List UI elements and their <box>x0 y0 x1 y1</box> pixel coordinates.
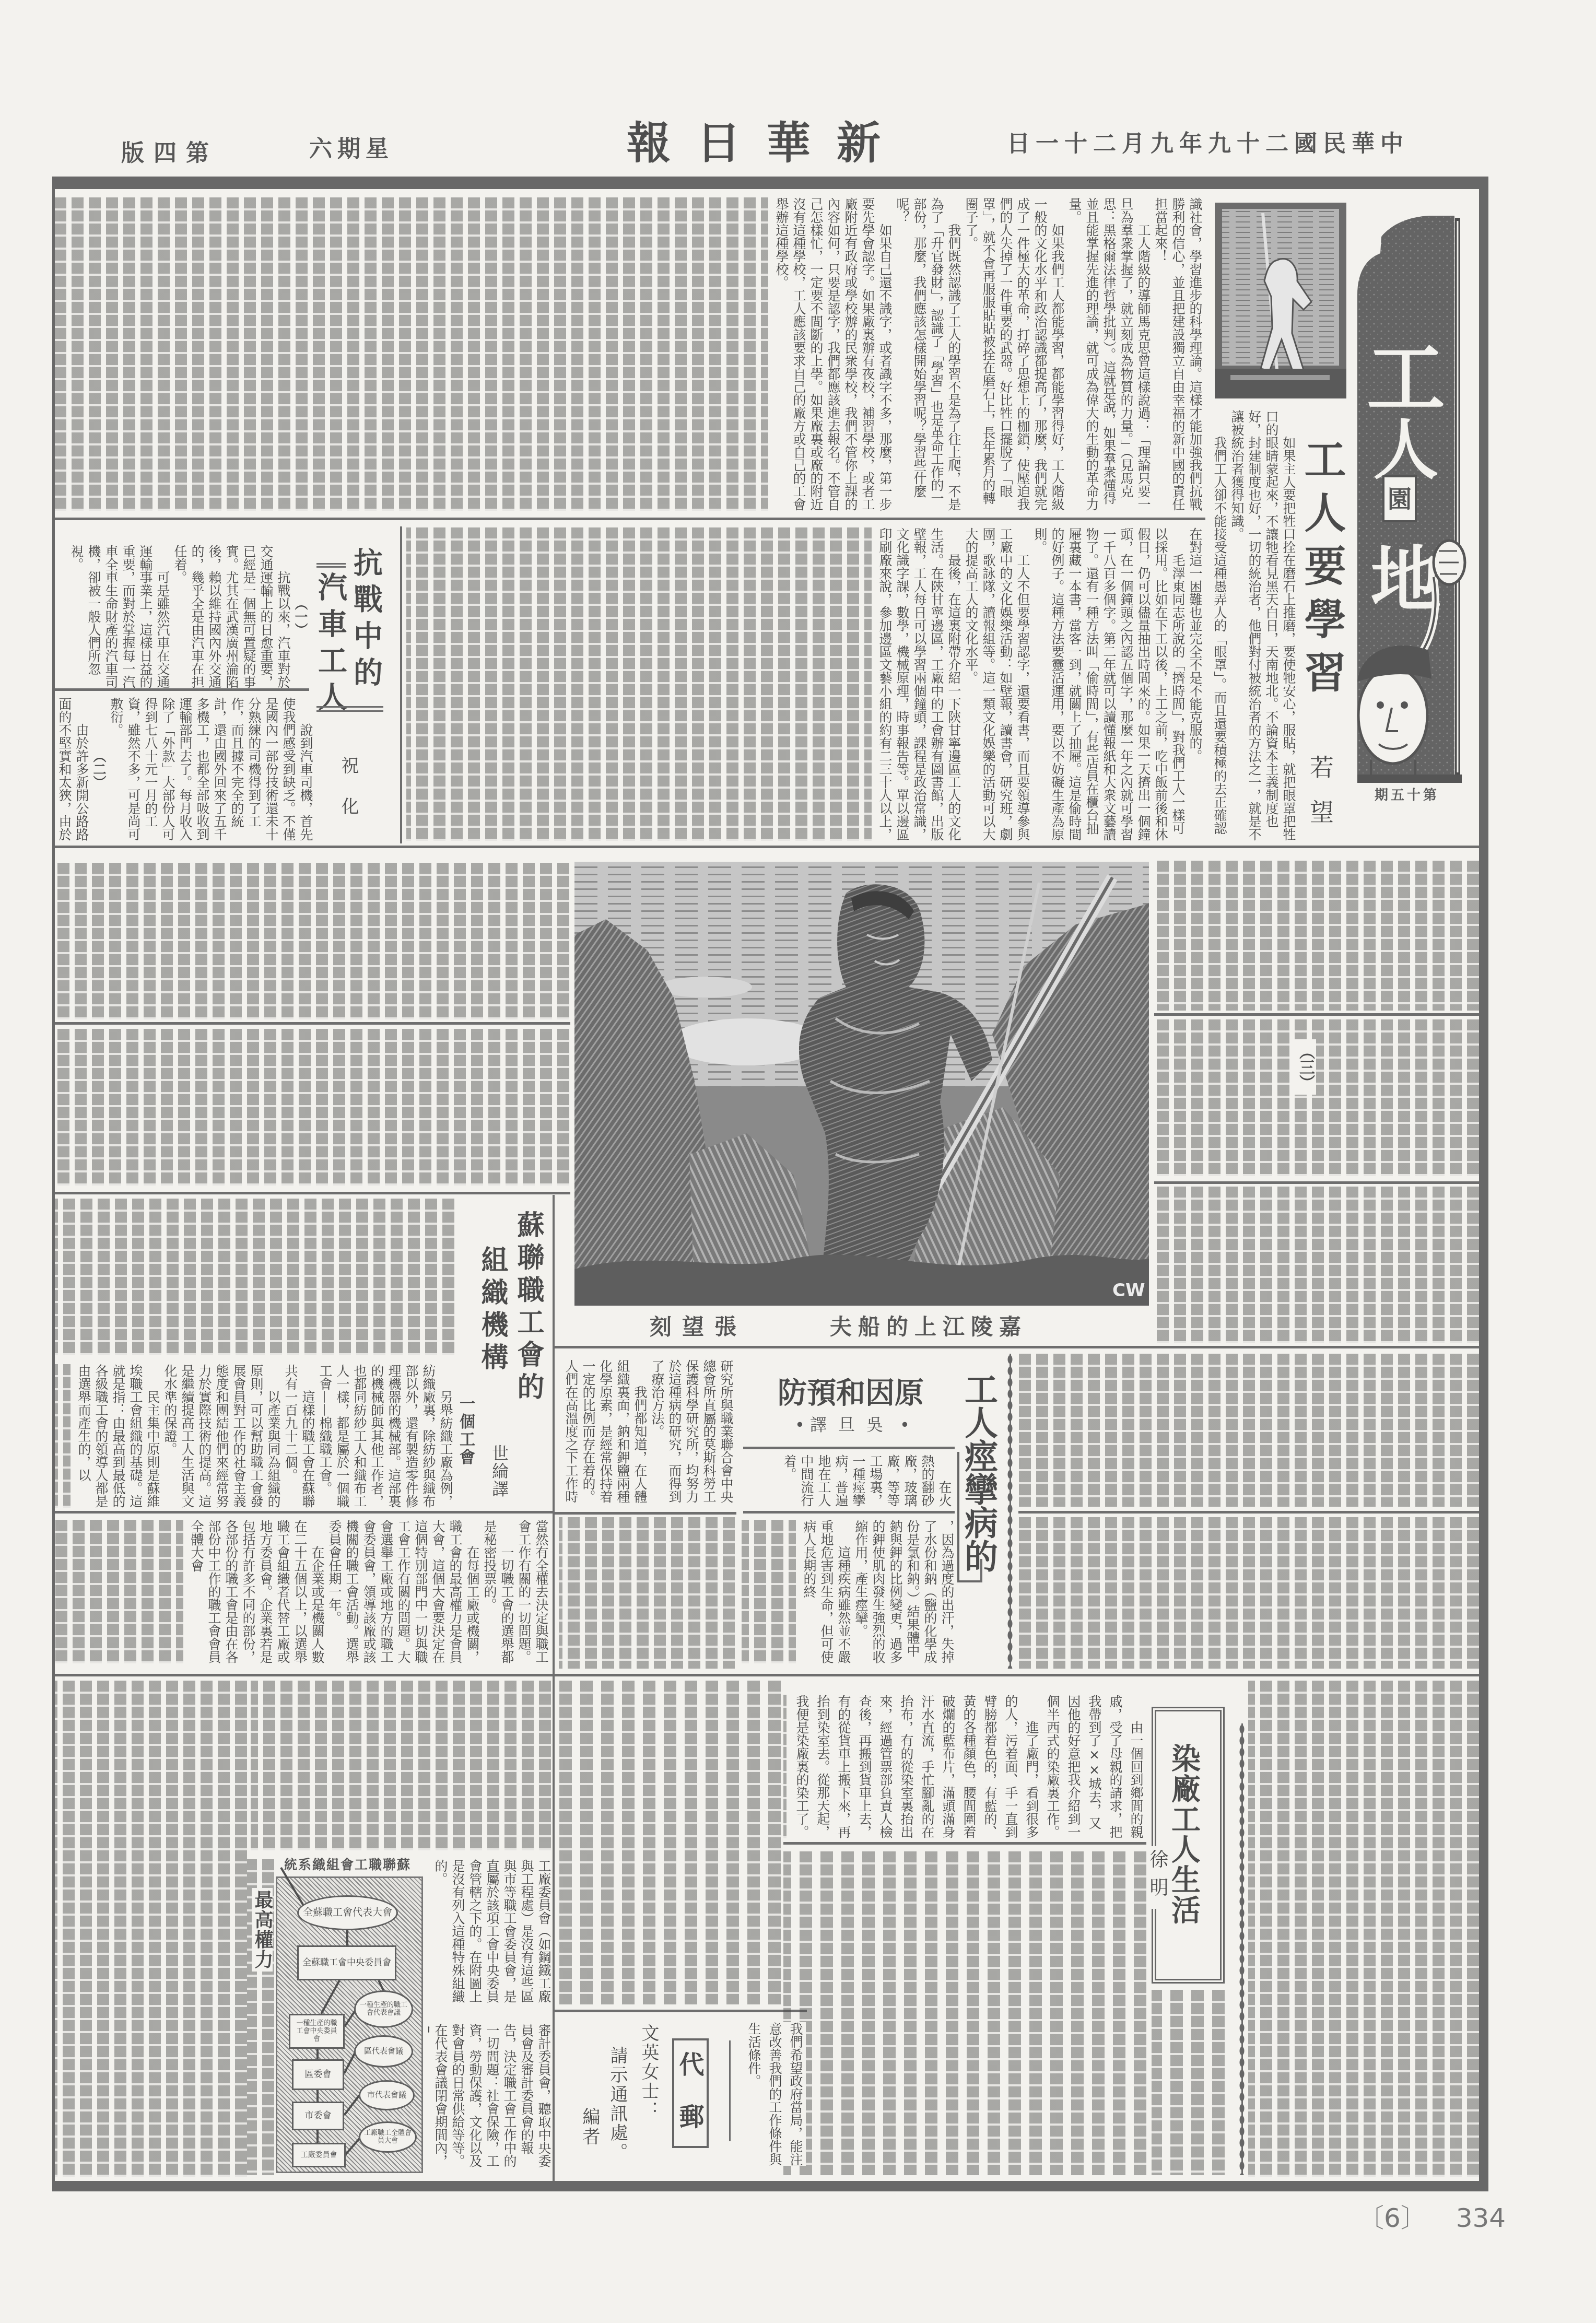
divider <box>55 518 1205 520</box>
text-columns: 研究所與職業聯合會中央總會所直屬的莫斯科勞工保護科學研究所，均努力於這種病的研究… <box>559 1359 735 1503</box>
text-columns: 由一個回到鄉間的親戚，受了母親的請求，把我帶到了××城去，又因他的好意把我介紹到… <box>787 1695 1146 1838</box>
article-title-dye: 染廠工人生活 <box>1169 1743 1198 1925</box>
article-author-drivers: 祝化 <box>339 756 357 838</box>
divider <box>55 1674 1479 1676</box>
drivers-section1: （一） 抗戰以來，汽車對於交通運輸上的日愈重要，已經是一個無可置疑的事實。尤其在… <box>55 545 309 688</box>
frame-bottom-bar <box>52 2181 1488 2191</box>
divider <box>555 2010 807 2012</box>
cramps-part1: 研究所與職業聯合會中央總會所直屬的莫斯科勞工保護科學研究所，均努力於這種病的研究… <box>559 1359 735 1503</box>
text-columns: 我們希望政府當局，能注意改善我們的工作條件與生活條件。 <box>741 2022 806 2166</box>
drivers-continued-right-3 <box>1156 1187 1479 1343</box>
illegible-print <box>55 1681 247 2177</box>
text-columns: 如果主人要把牲口拴在磨石上推磨，要使牠安心，服貼，就把眼罩把牲口的眼睛蒙起來，不… <box>1210 410 1297 841</box>
volume-number: 〔6〕 <box>1358 2203 1427 2233</box>
paragraph: 一切職工會的選舉都是秘密投票的。 <box>481 1520 515 1663</box>
org-node: 工廠職工全體會員大會 <box>359 2121 417 2153</box>
learning-body-part2: 在對這一困難也並完全不是不能克服的。 毛澤東同志所說的「擠時間」，對我們工人一樣… <box>406 527 1204 841</box>
mailbox-rule <box>729 2040 731 2141</box>
learning-intro-text: 如果主人要把牲口拴在磨石上推磨，要使牠安心，服貼，就把眼罩把牲口的眼睛蒙起來，不… <box>1210 410 1297 841</box>
paragraph: 以產業與同為組織的原則，可以幫助職工會發展會員對工作的社會主義態度和團結他們來經… <box>161 1364 282 1508</box>
org-node: 工廠委員會 <box>292 2143 346 2167</box>
title-rule <box>316 710 383 712</box>
soviet-unions-text-b: 另舉紡織工廠為例，紡織廠裏，除紡紗與織布部以外，還有製造零件修理機器的機械部。這… <box>55 1364 454 1508</box>
drivers-continued-right-2 <box>1156 1019 1479 1176</box>
article-title-drivers-line2: 汽車工人 <box>315 572 345 718</box>
weekday-label: 星期六 <box>309 138 394 161</box>
dye-part3 <box>558 1681 781 2004</box>
illegible-print <box>1248 1681 1479 2177</box>
section-label: （二） <box>90 697 108 841</box>
text-columns: ，因為過度的出汗，失掉了水份和鈉（鹽的化學成份是氯和鈉。）結果體中鈉與鉀的比例變… <box>796 1520 956 1663</box>
illegible-print <box>55 1199 454 1355</box>
text-columns: 另舉紡織工廠為例，紡織廠裏，除紡紗與織布部以外，還有製造零件修理機器的機械部。這… <box>71 1364 454 1508</box>
article-translator-soviet: 世綸譯 <box>491 1445 508 1498</box>
soviet-unions-side-note: 工廠委員會（如鋼鐵工廠與工程處）是沒有這些區與市等職工會委員會，是直屬於該項工會… <box>428 1859 553 2003</box>
paragraph: ，因為過度的出汗，失掉了水份和鈉（鹽的化學成份是氯和鈉。）結果體中鈉與鉀的比例變… <box>852 1520 956 1663</box>
illegible-print <box>1018 1517 1479 1669</box>
issue-date: 中華民國二十九年九月二十一日 <box>1007 133 1409 156</box>
woodcut-boatman-illustration: CW <box>574 862 1149 1306</box>
cramps-ending <box>1248 1681 1479 2177</box>
article-title-drivers-line1: 抗戰中的 <box>351 547 380 694</box>
article-title-learning: 工人要學習 <box>1300 438 1342 704</box>
illegible-print <box>55 863 569 1019</box>
illegible-print <box>1152 1990 1225 2175</box>
org-node: 全蘇職工會代表大會 <box>297 1895 398 1930</box>
org-node: 市代表會議 <box>359 2080 415 2110</box>
soviet-unions-text-c: 當然有全權去決定與職工會工作有關的一切問題。 一切職工會的選舉都是秘密投票的。 … <box>55 1520 550 1663</box>
divider <box>55 1192 570 1194</box>
edition-label: 第四版 <box>121 142 218 165</box>
title-rule <box>316 566 346 568</box>
divider <box>55 688 309 691</box>
article-author-dye: 徐明 <box>1147 1846 1168 1909</box>
divider <box>783 1842 1146 1845</box>
dotted-column-rule <box>1007 1354 1013 1669</box>
paragraph: 工人不但要學習認字，還要看書，而且要領導參與工廠中的文化娛樂活動：如壁報，讀書會… <box>963 527 1031 841</box>
paragraph: 審計委員會，聽取中央委員會及審計委員會的報告，決定職工會工作中的一切問題：社會保… <box>428 2024 553 2167</box>
illegible-print <box>783 1851 1146 2175</box>
woodcut-signature: CW <box>1112 1280 1145 1301</box>
text-columns: 工廠委員會（如鋼鐵工廠與工程處）是沒有這些區與市等職工會委員會，是直屬於該項工會… <box>428 1859 553 2003</box>
org-node: 區代表會議 <box>354 2035 413 2068</box>
dye-closing: 我們希望政府當局，能注意改善我們的工作條件與生活條件。 <box>741 2022 806 2166</box>
paragraph: 如果主人要把牲口拴在磨石上推磨，要使牠安心，服貼，就把眼罩把牲口的眼睛蒙起來，不… <box>1228 410 1297 841</box>
supplement-masthead: 工 人 園 地 <box>1350 212 1468 786</box>
article-title-soviet-line1: 蘇聯職工會的 <box>514 1211 542 1405</box>
divider <box>55 846 1479 848</box>
illegible-print <box>558 1681 781 2004</box>
paragraph: 識社會，學習進步的科學理論。這樣才能加強我們抗戰勝利的信心，並且把建設獨立自由幸… <box>1152 197 1204 511</box>
paragraph: 在火熱的翻砂廠，玻璃廠，等等工場裏，一種痙攣病，普遍地在工人中間流行着。 <box>781 1454 953 1507</box>
dotted-column-rule <box>1239 1723 1245 2175</box>
org-node: 市委會 <box>292 2102 344 2130</box>
text-columns: （一） 抗戰以來，汽車對於交通運輸上的日愈重要，已經是一個無可置疑的事實。尤其在… <box>63 545 309 688</box>
article-author-learning: 若望 <box>1308 755 1332 844</box>
soviet-unions-text-a <box>55 1199 454 1355</box>
soviet-unions-side-note-2: 審計委員會，聽取中央委員會及審計委員會的報告，決定職工會工作中的一切問題：社會保… <box>428 2024 553 2167</box>
translator-name: 吳旦譯 <box>805 1415 900 1435</box>
paragraph: 由一個回到鄉間的親戚，受了母親的請求，把我帶到了××城去，又因他的好意把我介紹到… <box>1042 1695 1146 1838</box>
mailbox-signature: 編者 <box>581 2107 598 2147</box>
frame-top-bar <box>52 177 1488 189</box>
paragraph: 我們希望政府當局，能注意改善我們的工作條件與生活條件。 <box>743 2022 806 2166</box>
drivers-section1-continued: 說到汽車司機，首先使我們感受到缺乏。不僅是國內一部份技術還未十分熟練的司機得到了… <box>55 697 314 841</box>
paragraph: 進了廠門，看到很多的人，污着面、手一直到臂膀都着色的，有藍的、黃的各種顏色，腰間… <box>791 1695 1042 1838</box>
divider <box>1154 1181 1479 1184</box>
divider <box>743 1511 955 1514</box>
paragraph: 當然有全權去決定與職工會工作有關的一切問題。 <box>515 1520 550 1663</box>
cramps-lead: 在火熱的翻砂廠，玻璃廠，等等工場裏，一種痙攣病，普遍地在工人中間流行着。 <box>744 1454 953 1507</box>
paragraph: 工人階級的導師馬克思曾這樣說過：「理論只要一旦為羣衆掌握了，就立刻成為物質的力量… <box>1066 197 1152 511</box>
paragraph: 工廠委員會（如鋼鐵工廠與工程處）是沒有這些區與市等職工會委員會，是直屬於該項工會… <box>432 1859 553 2003</box>
woodcut-caption: 嘉陵江上的船夫 <box>830 1316 1027 1338</box>
paragraph: 如果自己還不識字，或者識字不多，那麼，第一步要先學會認字。如果廠裏辦有夜校，補習… <box>773 197 894 511</box>
mailbox-message: 請示通訊處。 <box>608 2046 626 2162</box>
org-node: 全蘇職工會中央委員會 <box>297 1945 396 1980</box>
paragraph: 研究所與職業聯合會中央總會所直屬的莫斯科勞工保護科學研究所，均努力於這種病的研究… <box>649 1359 735 1503</box>
paragraph: 在對這一困難也並完全不是不能克服的。 <box>1187 527 1204 841</box>
illegible-print <box>251 1681 551 1850</box>
text-columns: 識社會，學習進步的科學理論。這樣才能加強我們抗戰勝利的信心，並且把建設獨立自由幸… <box>768 197 1204 511</box>
page-number: 〔6〕 334 <box>1358 2205 1506 2231</box>
drivers-continued-right-1 <box>1156 861 1479 1011</box>
paragraph: 最後，在這裏附帶介紹一下陝甘寧邊區工人的文化生活。在陝甘寧邊區，工廠中的工會辦有… <box>876 527 963 841</box>
illegible-print <box>1156 1187 1479 1343</box>
learning-body-part1: 識社會，學習進步的科學理論。這樣才能加強我們抗戰勝利的信心，並且把建設獨立自由幸… <box>55 197 1204 511</box>
drivers-section3-label: （三） <box>1294 1039 1316 1095</box>
article-title-cramps-horizontal: 原因和預防 <box>778 1379 924 1408</box>
subheading-supreme-authority: 最高權力 <box>252 1888 273 1972</box>
illegible-print <box>1018 1354 1479 1507</box>
divider <box>743 1447 955 1449</box>
paragraph: 抗戰以來，汽車對於交通運輸上的日愈重要，已經是一個無可置疑的事實。尤其在武漢廣州… <box>171 545 292 688</box>
small-woodcut-illustration <box>1215 203 1346 398</box>
paragraph: 說到汽車司機，首先使我們感受到缺乏。不僅是國內一部份技術還未十分熟練的司機得到了… <box>108 697 314 841</box>
soviet-unions-text-e <box>251 1681 551 1850</box>
masthead-char-yuan: 園 <box>1388 485 1412 513</box>
drivers-ending-upper <box>1018 1354 1479 1507</box>
org-node: 一種生產的職工會代表會議 <box>354 1990 413 2028</box>
mailbox-recipient: 文英女士： <box>640 2024 658 2120</box>
dye-part2 <box>783 1851 1146 2175</box>
article-subtitle-soviet: 一個工會 <box>457 1395 473 1466</box>
org-node: 一種生產的職工會中央委員會 <box>289 2014 345 2049</box>
paragraph: 在企業或是機關人數在二十五個以上，以選舉職工會組織者代替工廠或地方委員會。企業裏… <box>188 1520 326 1663</box>
title-bracket <box>957 1452 982 1582</box>
mailbox-label: 代郵 <box>677 2051 702 2156</box>
paragraph: 這樣的職工會在蘇聯共有一百九十二個。 <box>282 1364 316 1508</box>
org-node: 區委會 <box>292 2059 344 2090</box>
illegible-print <box>559 1517 735 1669</box>
illegible-print <box>55 1029 569 1186</box>
org-chart: 蘇聯職工會組織系統 全蘇職工會代表大會 全蘇職工會中央委員會 一種生產的職工會代… <box>272 1854 428 2175</box>
column-rule <box>553 1195 555 2181</box>
text-columns: 說到汽車司機，首先使我們感受到缺乏。不僅是國內一部份技術還未十分熟練的司機得到了… <box>55 697 314 841</box>
cramps-continued <box>559 1517 735 1669</box>
divider <box>1154 1013 1479 1016</box>
paragraph: 我們既然認識了工人的學習不是為了往上爬，不是為了「升官發財」，認識了「學習」也是… <box>894 197 963 511</box>
masthead-char-gong: 工 <box>1367 334 1445 425</box>
divider <box>55 1511 553 1514</box>
divider <box>555 1346 1479 1348</box>
paragraph: 另舉紡織工廠為例，紡織廠裏，除紡紗與織布部以外，還有製造零件修理機器的機械部。這… <box>316 1364 454 1508</box>
paragraph: 如果我們工人都能學習，都能學習得好，工人階級一般的文化水平和政治認識都提高了，那… <box>963 197 1066 511</box>
frame-right-bar <box>1479 177 1488 2191</box>
text-columns: 在火熱的翻砂廠，玻璃廠，等等工場裏，一種痙攣病，普遍地在工人中間流行着。 <box>776 1454 953 1507</box>
paragraph: 我們都知道，在人體組織裏面，鈉和鉀鹽兩種化學原素，是經常保持着一定的比例而存在着… <box>562 1359 649 1503</box>
newspaper-masthead: 新華日報 <box>627 121 907 165</box>
paragraph: 可是雖然汽車在交通運輸事業上，這樣日益的重要，而對於掌握每一汽車全車生命財產的汽… <box>68 545 171 688</box>
article-translator-cramps: •吳旦譯• <box>795 1416 910 1433</box>
woodcut-artist: 張望刻 <box>650 1316 747 1338</box>
illegible-print <box>1156 1019 1479 1176</box>
drivers-ending-lower <box>1018 1517 1479 1669</box>
cramps-part2: ，因為過度的出汗，失掉了水份和鈉（鹽的化學成份是氯和鈉。）結果體中鈉與鉀的比例變… <box>742 1520 956 1663</box>
divider <box>555 1512 736 1515</box>
article-title-soviet-line2: 組織機構 <box>478 1246 506 1375</box>
drivers-continued-left-1 <box>55 863 569 1019</box>
bullet-icon: • <box>900 1415 910 1435</box>
soviet-unions-text-d <box>55 1681 247 2177</box>
section-label: （一） <box>292 545 309 688</box>
title-rule <box>316 563 346 565</box>
paragraph: 在每個工廠或機關，職工會的最高權力是會員大會，這個大會要決定在這個特別部門中一切… <box>326 1520 481 1663</box>
paragraph: 這種疾病雖然並不嚴重地危害到生命，但可使病人長期的終 <box>801 1520 852 1663</box>
title-rule <box>316 706 383 708</box>
dye-below-title <box>1152 1990 1225 2175</box>
paragraph: 我們工人卻不能接受這種愚弄人的「眼罩」。而且還要積極的去正確認 <box>1211 410 1228 841</box>
divider <box>1018 1511 1479 1514</box>
bullet-icon: • <box>795 1415 805 1435</box>
column-rule <box>400 526 402 843</box>
paragraph: 毛澤東同志所說的「擠時間」，對我們工人一樣可以採用。比如在下工以後，上工之前，吃… <box>1031 527 1187 841</box>
title-bracket <box>980 1559 982 1582</box>
drivers-continued-left-2 <box>55 1029 569 1186</box>
text-columns: 在對這一困難也並完全不是不能克服的。 毛澤東同志所說的「擠時間」，對我們工人一樣… <box>872 527 1204 841</box>
text-columns: 當然有全權去決定與職工會工作有關的一切問題。 一切職工會的選舉都是秘密投票的。 … <box>183 1520 550 1663</box>
paragraph: 由於許多新開公路路面的不堅實和太狹，由於 <box>56 697 90 841</box>
dye-part1: 由一個回到鄉間的親戚，受了母親的請求，把我帶到了××城去，又因他的好意把我介紹到… <box>783 1695 1146 1838</box>
supplement-issue-number: 第十五期 <box>1375 789 1439 802</box>
paragraph: 民主集中原則是蘇維埃職工會組織的基礎。這就是指：由最高到最低的各級職工會的領導人… <box>75 1364 161 1508</box>
illegible-print <box>1156 861 1479 1011</box>
page-number-value: 334 <box>1456 2203 1506 2233</box>
divider <box>55 1022 570 1025</box>
text-columns: 審計委員會，聽取中央委員會及審計委員會的報告，決定職工會工作中的一切問題：社會保… <box>428 2024 553 2167</box>
